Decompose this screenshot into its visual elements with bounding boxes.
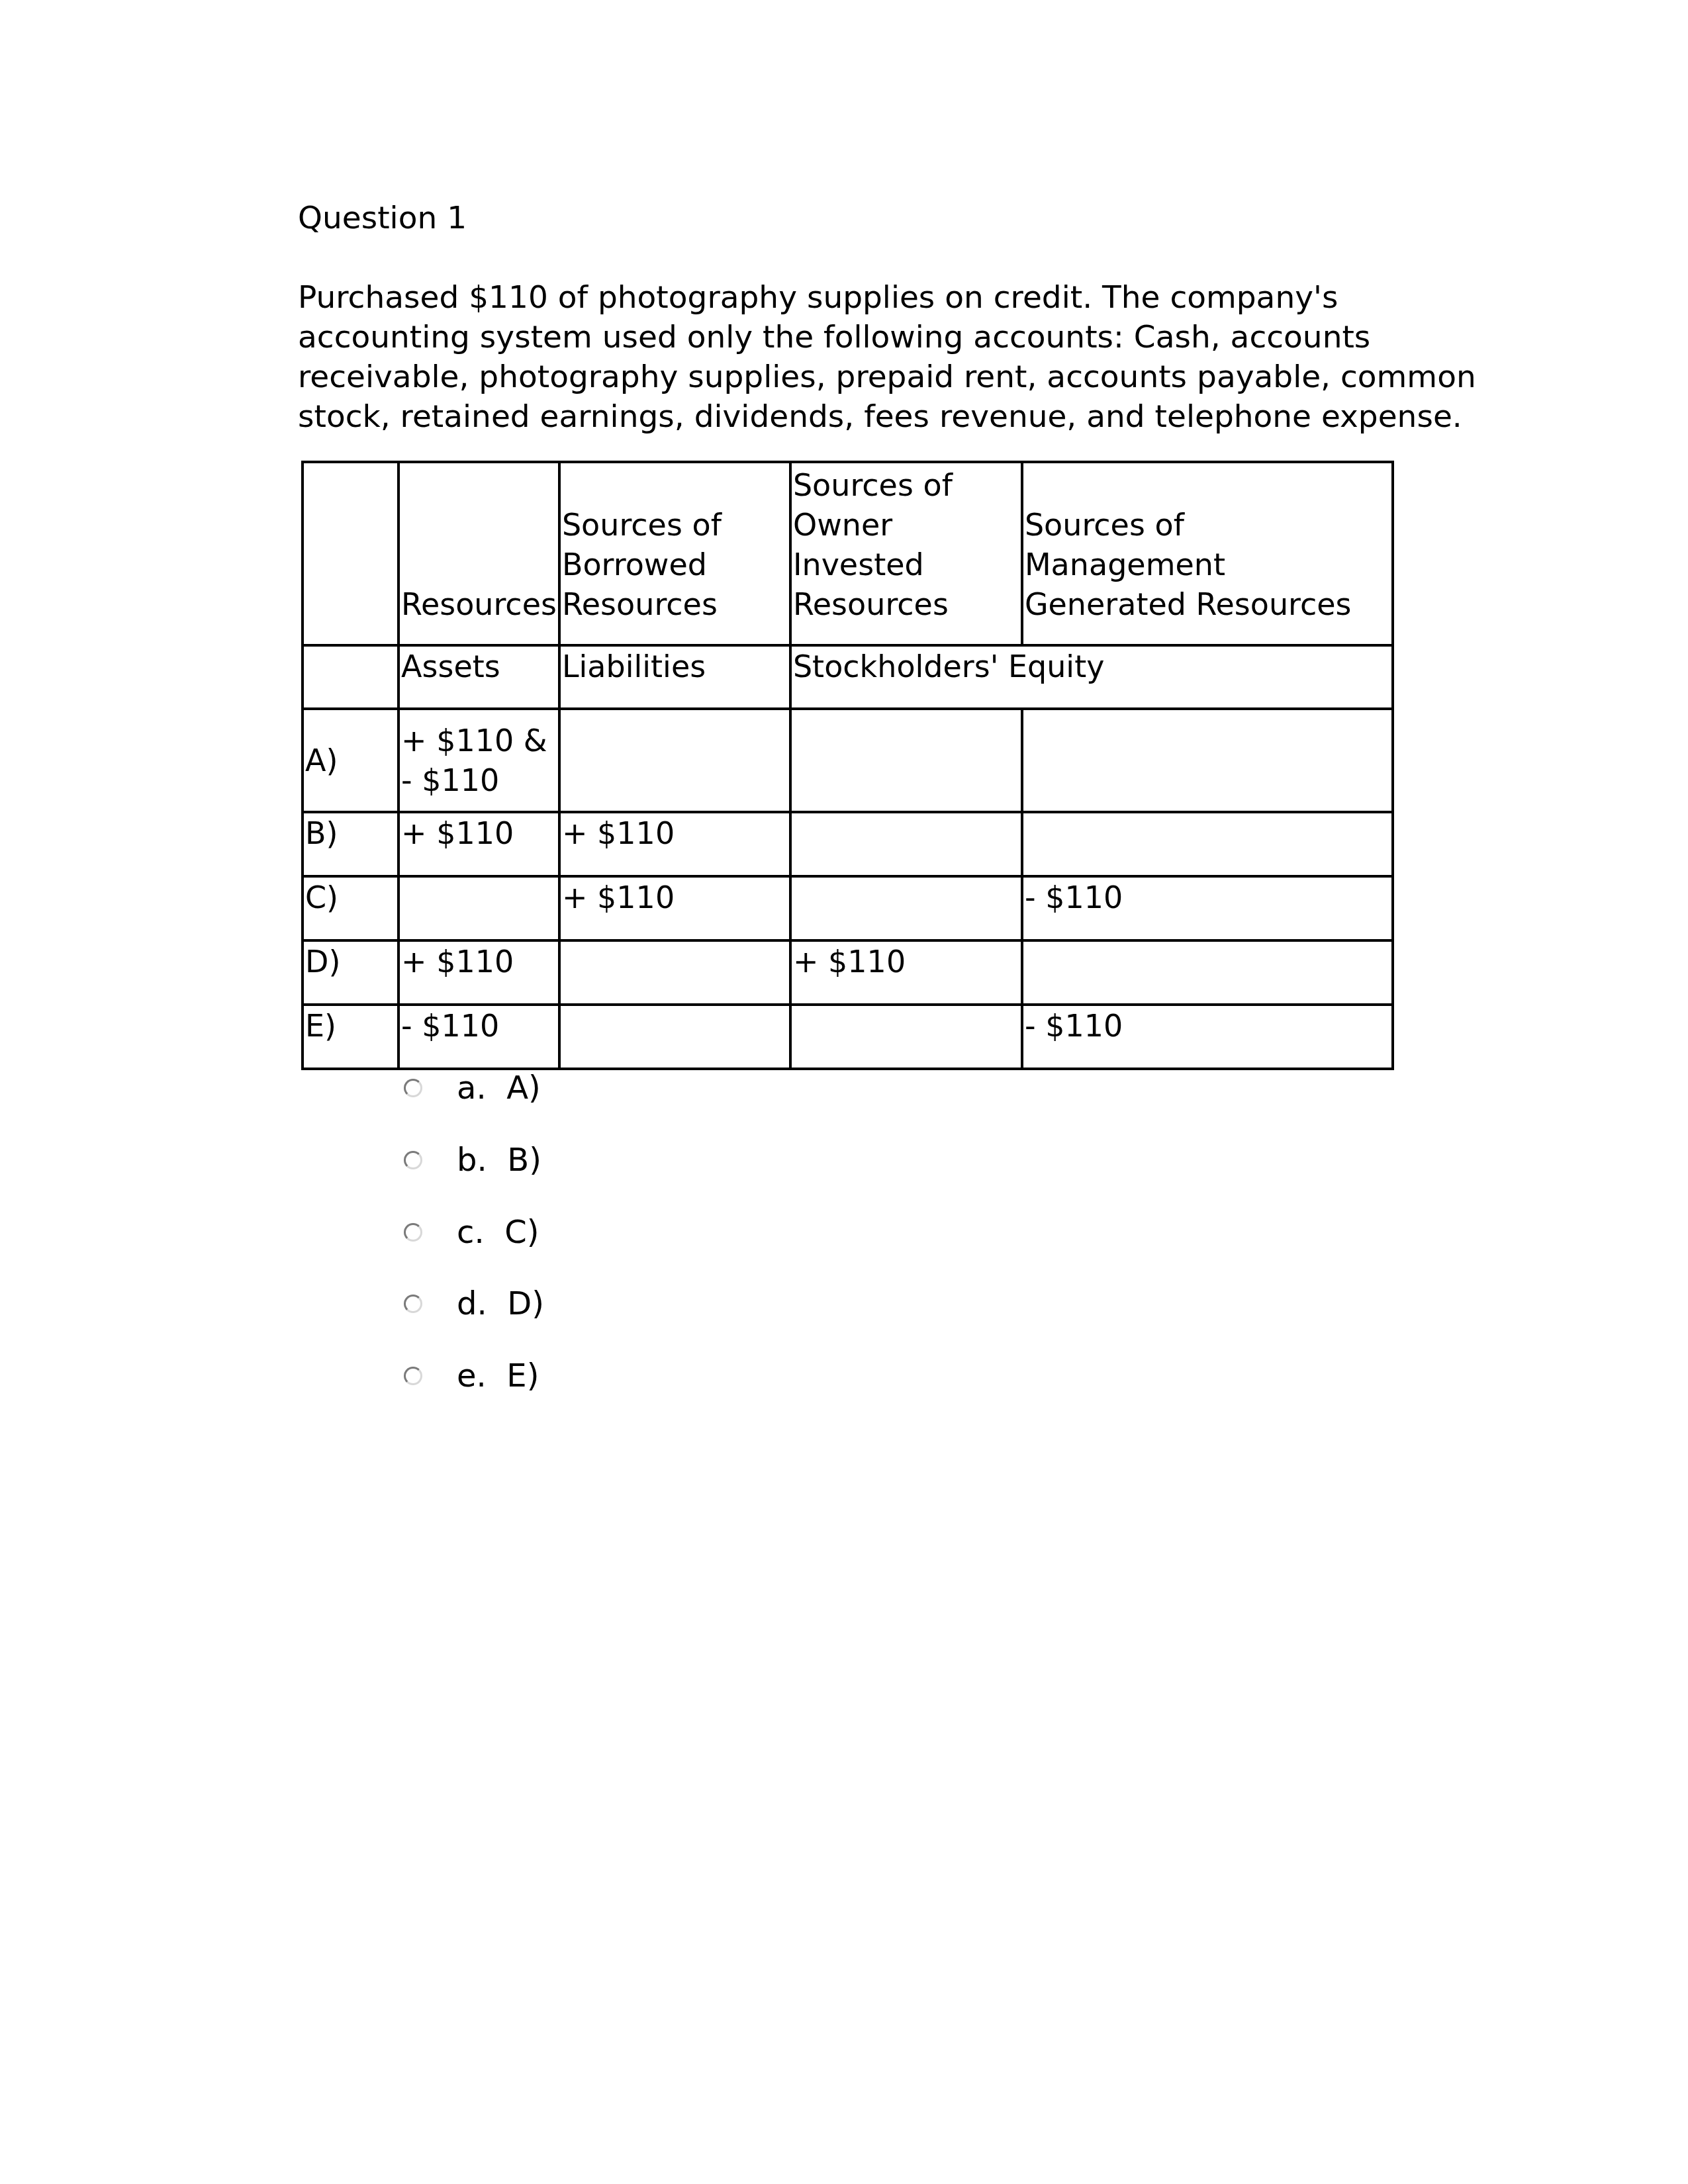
cell-management-generated: - $110 [1022,1005,1393,1069]
option-label[interactable]: b. B) [457,1142,541,1179]
cell-assets: - $110 [399,1005,559,1069]
question-text: Purchased $110 of photography supplies o… [298,278,1463,437]
cell-owner-invested [790,812,1022,876]
category-cell-stockholders-equity: Stockholders' Equity [790,645,1393,709]
question-text-line: stock, retained earnings, dividends, fee… [298,397,1463,437]
option-e[interactable]: e. E) [402,1356,539,1396]
row-label: B) [303,812,399,876]
table-row: A) + $110 & - $110 [303,709,1393,812]
header-cell-management-generated: Sources of Management Generated Resource… [1022,462,1393,645]
table-row: C) + $110 - $110 [303,876,1393,940]
cell-liabilities [559,1005,790,1069]
cell-management-generated: - $110 [1022,876,1393,940]
cell-management-generated [1022,709,1393,812]
radio-button-icon[interactable] [404,1295,422,1313]
cell-liabilities: + $110 [559,876,790,940]
question-text-line: receivable, photography supplies, prepai… [298,357,1463,397]
radio-button-icon[interactable] [404,1079,422,1097]
row-label: E) [303,1005,399,1069]
category-row: Assets Liabilities Stockholders' Equity [303,645,1393,709]
table-row: D) + $110 + $110 [303,940,1393,1005]
option-b[interactable]: b. B) [402,1140,541,1180]
option-label[interactable]: a. A) [457,1069,541,1107]
table-row: B) + $110 + $110 [303,812,1393,876]
cell-assets [399,876,559,940]
option-d[interactable]: d. D) [402,1284,544,1324]
cell-assets: + $110 [399,812,559,876]
table-row: E) - $110 - $110 [303,1005,1393,1069]
header-row: Resources Sources of Borrowed Resources … [303,462,1393,645]
option-label[interactable]: c. C) [457,1214,539,1251]
header-cell-resources: Resources [399,462,559,645]
cell-owner-invested [790,876,1022,940]
header-cell-empty [303,462,399,645]
category-cell-assets: Assets [399,645,559,709]
radio-button-icon[interactable] [404,1367,422,1385]
row-label: C) [303,876,399,940]
question-text-line: Purchased $110 of photography supplies o… [298,278,1463,318]
answer-table: Resources Sources of Borrowed Resources … [301,461,1394,1070]
header-cell-owner-invested: Sources of Owner Invested Resources [790,462,1022,645]
cell-management-generated [1022,940,1393,1005]
header-cell-borrowed: Sources of Borrowed Resources [559,462,790,645]
cell-management-generated [1022,812,1393,876]
cell-assets: + $110 [399,940,559,1005]
cell-liabilities [559,709,790,812]
option-label[interactable]: e. E) [457,1357,539,1394]
question-text-line: accounting system used only the followin… [298,318,1463,357]
row-label: A) [303,709,399,812]
radio-button-icon[interactable] [404,1151,422,1169]
cell-liabilities [559,940,790,1005]
cell-liabilities: + $110 [559,812,790,876]
row-label: D) [303,940,399,1005]
option-c[interactable]: c. C) [402,1212,539,1252]
cell-owner-invested: + $110 [790,940,1022,1005]
question-title: Question 1 [298,199,467,238]
cell-owner-invested [790,709,1022,812]
category-cell-liabilities: Liabilities [559,645,790,709]
option-label[interactable]: d. D) [457,1285,544,1322]
option-a[interactable]: a. A) [402,1068,541,1108]
category-cell-empty [303,645,399,709]
cell-owner-invested [790,1005,1022,1069]
cell-assets: + $110 & - $110 [399,709,559,812]
radio-button-icon[interactable] [404,1223,422,1242]
